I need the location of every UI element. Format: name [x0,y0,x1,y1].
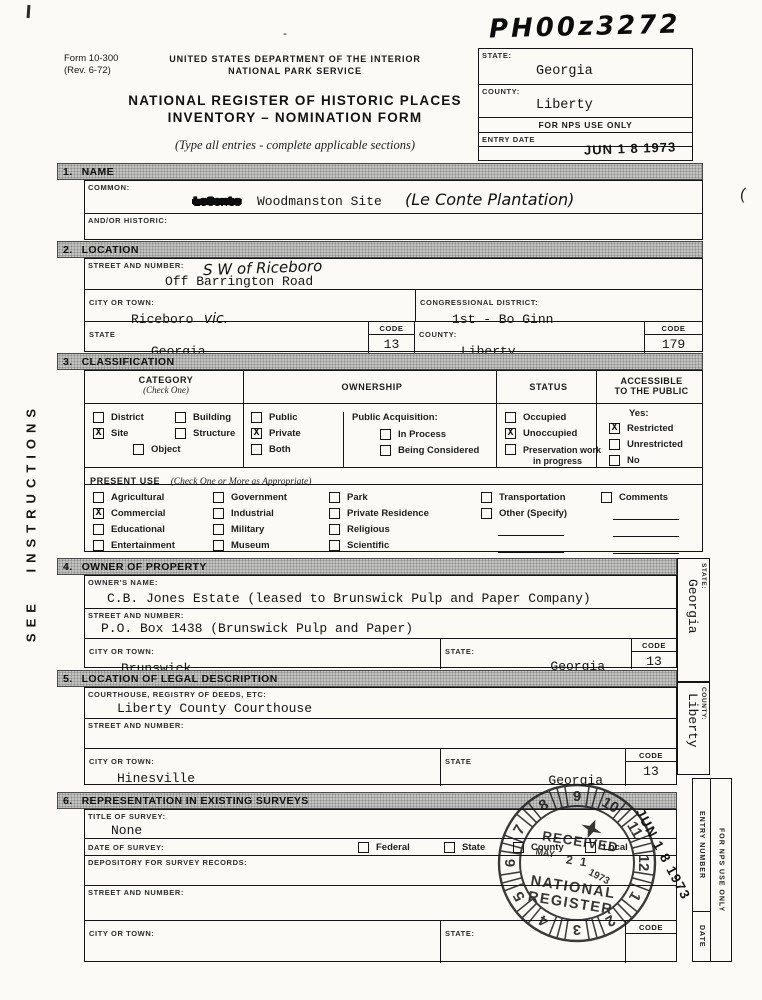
section-2-number: 2. [63,244,73,256]
checkbox-private-label: Private [269,428,301,439]
checkbox-private-residence-label: Private Residence [347,508,429,519]
checkbox-public-label: Public [269,412,298,423]
survey-title-row: TITLE OF SURVEY: None [85,810,676,839]
county-code-label: CODE [645,322,702,335]
accessible-header-cell: ACCESSIBLE TO THE PUBLIC [597,371,702,403]
checkbox-in-process [380,429,391,440]
ownership-cell: Public XPrivate Both Public Acquisition:… [244,404,497,467]
state-cell: STATE Georgia [85,322,369,353]
type-instruction: (Type all entries - complete applicable … [95,138,495,153]
state-code-label: CODE [369,322,414,335]
checkbox-structure-label: Structure [193,428,235,439]
checkbox-federal [358,842,369,853]
checkbox-educational [93,524,104,535]
nps-county-label: COUNTY: [482,87,520,96]
nomination-form-page: - ( Form 10-300 (Rev. 6-72) UNITED STATE… [0,0,762,1000]
checkbox-government-label: Government [231,492,287,503]
comments-line [613,525,679,537]
courthouse-row: COURTHOUSE, REGISTRY OF DEEDS, ETC: Libe… [85,688,676,719]
survey-state-label: STATE: [445,929,475,938]
checkbox-site: X [93,428,104,439]
checkbox-educational-label: Educational [111,524,165,535]
section-4-box: OWNER'S NAME: C.B. Jones Estate (leased … [84,575,677,668]
nps-state-row: STATE: Georgia [479,49,692,85]
owner-code-label: CODE [632,639,676,652]
section-1-header: 1. NAME [57,163,703,180]
state-code-value: 13 [369,337,414,352]
category-header: CATEGORY [89,375,243,385]
legal-code-value: 13 [626,764,676,779]
category-subheader: (Check One) [89,385,243,395]
status-header: STATUS [497,371,597,403]
checkbox-county-survey [513,842,524,853]
city-district-row: CITY OR TOWN: Riceboro vic. CONGRESSIONA… [85,290,702,322]
common-name-handwritten: (Le Conte Plantation) [405,190,574,209]
checkbox-commercial-label: Commercial [111,508,165,519]
legal-state-label: STATE [445,757,471,766]
checkbox-museum-label: Museum [231,540,270,551]
county-code-cell: CODE 179 [645,322,702,353]
checkbox-museum [213,540,224,551]
section-3-header: 3. CLASSIFICATION [57,353,703,370]
owner-city-row: CITY OR TOWN: Brunswick STATE: Georgia C… [85,639,676,669]
present-use-col1: Agricultural XCommercial Educational Ent… [93,492,175,556]
owner-street-label: STREET AND NUMBER: [88,611,184,620]
form-revision: (Rev. 6-72) [64,65,118,77]
checkbox-restricted-label: Restricted [627,423,673,434]
ownership-header: OWNERSHIP [244,371,497,403]
checkbox-no [609,455,620,466]
courthouse-value: Liberty County Courthouse [117,701,312,716]
legal-code-label: CODE [626,749,676,762]
nps-county-value: Liberty [536,98,593,113]
checkbox-occupied [505,412,516,423]
nps-use-only-row: FOR NPS USE ONLY [479,118,692,133]
checkbox-county-survey-label: County [531,842,564,853]
section-5-box: COURTHOUSE, REGISTRY OF DEEDS, ETC: Libe… [84,687,677,785]
section-5-header: 5. LOCATION OF LEGAL DESCRIPTION [57,670,677,687]
legal-city-cell: CITY OR TOWN: Hinesville [85,749,441,786]
checkbox-entertainment [93,540,104,551]
city-cell: CITY OR TOWN: Riceboro vic. [85,290,416,321]
margin-county-value: Liberty [685,687,700,772]
section-5-title: LOCATION OF LEGAL DESCRIPTION [82,673,278,685]
checkbox-both-label: Both [269,444,291,455]
checkbox-public [251,412,262,423]
accessible-cell: Yes: XRestricted Unrestricted No [597,404,702,467]
section-4-title: OWNER OF PROPERTY [82,561,207,573]
checkbox-commercial: X [93,508,104,519]
common-name-struck: LeConte [193,194,241,209]
entry-date-label: ENTRY DATE [482,135,535,144]
legal-street-label: STREET AND NUMBER: [88,721,184,730]
entry-number-label: ENTRY NUMBER [693,779,710,912]
margin-state-cell: STATE: Georgia [677,558,710,682]
checkbox-in-process-label: In Process [398,429,446,440]
checkbox-park [329,492,340,503]
checkbox-both [251,444,262,455]
form-number: Form 10-300 [64,53,118,65]
historic-name-label: AND/OR HISTORIC: [88,216,167,225]
owner-state-label: STATE: [445,647,475,656]
section-2-header: 2. LOCATION [57,241,703,258]
scan-artifact-mark: ( [739,186,747,205]
section-1-box: COMMON: LeConte Woodmanston Site (Le Con… [84,180,703,240]
checkbox-other-label: Other (Specify) [499,508,567,519]
present-use-label-row: PRESENT USE (Check One or More as Approp… [85,468,702,485]
nps-state-value: Georgia [536,64,593,79]
depository-row: DEPOSITORY FOR SURVEY RECORDS: [85,856,676,886]
form-title-line1: NATIONAL REGISTER OF HISTORIC PLACES [95,92,495,109]
checkbox-scientific-label: Scientific [347,540,389,551]
checkbox-unoccupied: X [505,428,516,439]
margin-nps-box: ENTRY NUMBER DATE FOR NPS USE ONLY [692,778,732,962]
checkbox-comments [601,492,612,503]
classification-header-row: CATEGORY (Check One) OWNERSHIP STATUS AC… [85,371,702,404]
owner-state-cell: STATE: Georgia [441,639,632,669]
owner-city-cell: CITY OR TOWN: Brunswick [85,639,441,669]
checkbox-unrestricted-label: Unrestricted [627,439,683,450]
department-heading: UNITED STATES DEPARTMENT OF THE INTERIOR… [150,53,440,77]
checkbox-being-considered-label: Being Considered [398,445,479,456]
owner-name-value: C.B. Jones Estate (leased to Brunswick P… [107,591,591,606]
legal-city-value: Hinesville [117,771,195,786]
section-3-box: CATEGORY (Check One) OWNERSHIP STATUS AC… [84,370,703,552]
checkbox-park-label: Park [347,492,368,503]
present-use-col3: Park Private Residence Religious Scienti… [329,492,429,556]
scan-artifact-tick [27,5,31,18]
courthouse-label: COURTHOUSE, REGISTRY OF DEEDS, ETC: [88,690,267,699]
legal-code-cell: CODE 13 [626,749,676,786]
owner-code-cell: CODE 13 [632,639,676,669]
owner-code-value: 13 [632,654,676,669]
category-header-cell: CATEGORY (Check One) [85,371,244,403]
common-name-value: Woodmanston Site [257,194,382,209]
checkbox-other [481,508,492,519]
owner-street-value: P.O. Box 1438 (Brunswick Pulp and Paper) [101,621,413,636]
checkbox-federal-label: Federal [376,842,410,853]
survey-street-row: STREET AND NUMBER: [85,886,676,921]
section-4-header: 4. OWNER OF PROPERTY [57,558,677,575]
section-4-number: 4. [63,561,73,573]
survey-date-row: DATE OF SURVEY: Federal State County Loc… [85,839,676,856]
present-use-grid: Agricultural XCommercial Educational Ent… [85,485,702,551]
checkbox-local-survey [585,842,596,853]
accessible-header-line2: TO THE PUBLIC [601,386,702,396]
survey-date-label: DATE OF SURVEY: [88,843,164,852]
checkbox-entertainment-label: Entertainment [111,540,175,551]
checkbox-unrestricted [609,439,620,450]
checkbox-military [213,524,224,535]
nps-county-row: COUNTY: Liberty [479,85,692,118]
survey-title-label: TITLE OF SURVEY: [88,812,166,821]
county-label: COUNTY: [419,330,457,339]
section-2-title: LOCATION [82,244,139,256]
accessible-yes-label: Yes: [629,408,702,419]
section-6-title: REPRESENTATION IN EXISTING SURVEYS [82,795,309,807]
state-county-row: STATE Georgia CODE 13 COUNTY: Liberty CO… [85,322,702,353]
state-code-cell: CODE 13 [369,322,415,353]
checkbox-preservation-label: Preservation work [523,445,601,455]
handwritten-reference-number: PH00z3272 [489,9,681,44]
county-code-value: 179 [645,337,702,352]
survey-code-label: CODE [626,921,676,934]
owner-city-label: CITY OR TOWN: [89,647,154,656]
department-line2: NATIONAL PARK SERVICE [150,65,440,77]
historic-name-row: AND/OR HISTORIC: [85,214,702,241]
common-name-row: COMMON: LeConte Woodmanston Site (Le Con… [85,181,702,214]
checkbox-site-label: Site [111,428,128,439]
status-cell: Occupied XUnoccupied Preservation work i… [497,404,597,467]
form-title-line2: INVENTORY – NOMINATION FORM [95,109,495,126]
checkbox-state-survey [444,842,455,853]
section-2-box: STREET AND NUMBER: S W of Riceboro Off B… [84,258,703,352]
street-value: Off Barrington Road [165,274,313,289]
checkbox-object [133,444,144,455]
checkbox-religious [329,524,340,535]
section-6-number: 6. [63,795,73,807]
other-specify-line [498,524,564,536]
survey-city-label: CITY OR TOWN: [89,929,154,938]
entry-number-column: ENTRY NUMBER DATE [693,779,711,961]
checkbox-military-label: Military [231,524,264,535]
checkbox-no-label: No [627,455,640,466]
checkbox-industrial [213,508,224,519]
checkbox-occupied-label: Occupied [523,412,566,423]
state-label: STATE [89,330,115,339]
classification-body-row: District XSite Building Structure Object… [85,404,702,468]
section-1-number: 1. [63,166,73,178]
preservation-label-wrap: in progress [533,456,596,466]
survey-state-cell: STATE: [441,921,626,963]
survey-title-value: None [111,823,142,838]
checkbox-local-survey-label: Local [603,842,628,853]
section-1-title: NAME [82,166,115,178]
checkbox-building [175,412,186,423]
section-6-header: 6. REPRESENTATION IN EXISTING SURVEYS [57,792,677,809]
congressional-district-label: CONGRESSIONAL DISTRICT: [420,298,538,307]
checkbox-government [213,492,224,503]
checkbox-district [93,412,104,423]
department-line1: UNITED STATES DEPARTMENT OF THE INTERIOR [150,53,440,65]
category-cell: District XSite Building Structure Object [85,404,244,467]
checkbox-district-label: District [111,412,144,423]
scan-artifact-dash: - [283,26,287,40]
checkbox-restricted: X [609,423,620,434]
other-specify-line [498,541,564,553]
checkbox-religious-label: Religious [347,524,390,535]
depository-label: DEPOSITORY FOR SURVEY RECORDS: [88,858,247,867]
checkbox-transportation-label: Transportation [499,492,566,503]
present-use-col2: Government Industrial Military Museum [213,492,287,556]
nps-state-label: STATE: [482,51,512,60]
legal-street-row: STREET AND NUMBER: [85,719,676,749]
see-instructions-margin: SEE INSTRUCTIONS [24,313,39,733]
public-acquisition-label: Public Acquisition: [352,412,496,423]
checkbox-object-label: Object [151,444,181,455]
survey-city-cell: CITY OR TOWN: [85,921,441,963]
owner-name-label: OWNER'S NAME: [88,578,158,587]
city-label: CITY OR TOWN: [89,298,154,307]
checkbox-structure [175,428,186,439]
margin-state-value: Georgia [685,563,700,679]
common-name-label: COMMON: [88,183,130,192]
county-cell: COUNTY: Liberty [415,322,645,353]
entry-date-stamp: JUN 1 8 1973 [584,139,677,157]
checkbox-private: X [251,428,262,439]
margin-county-label: COUNTY: [700,687,707,772]
checkbox-private-residence [329,508,340,519]
present-use-col5: Comments [601,492,679,554]
survey-street-label: STREET AND NUMBER: [88,888,184,897]
checkbox-state-survey-label: State [462,842,485,853]
checkbox-scientific [329,540,340,551]
section-3-title: CLASSIFICATION [82,356,175,368]
checkbox-industrial-label: Industrial [231,508,274,519]
street-label: STREET AND NUMBER: [88,261,184,270]
survey-city-row: CITY OR TOWN: STATE: CODE [85,921,676,963]
form-number-block: Form 10-300 (Rev. 6-72) [64,53,118,77]
section-5-number: 5. [63,673,73,685]
checkbox-building-label: Building [193,412,231,423]
checkbox-being-considered [380,445,391,456]
checkbox-unoccupied-label: Unoccupied [523,428,577,439]
accessible-header-line1: ACCESSIBLE [601,376,702,386]
street-row: STREET AND NUMBER: S W of Riceboro Off B… [85,259,702,290]
survey-code-cell: CODE [626,921,676,963]
comments-line [613,542,679,554]
margin-county-cell: COUNTY: Liberty [677,682,710,775]
present-use-col4: Transportation Other (Specify) [481,492,567,553]
legal-state-value: Georgia [445,773,625,788]
congressional-district-cell: CONGRESSIONAL DISTRICT: 1st - Bo Ginn [416,290,702,321]
form-title: NATIONAL REGISTER OF HISTORIC PLACES INV… [95,92,495,126]
margin-date-label: DATE [693,912,710,961]
legal-city-label: CITY OR TOWN: [89,757,154,766]
nps-use-only-vertical: FOR NPS USE ONLY [711,779,731,961]
checkbox-preservation [505,444,516,455]
owner-street-row: STREET AND NUMBER: P.O. Box 1438 (Brunsw… [85,609,676,639]
checkbox-agricultural-label: Agricultural [111,492,164,503]
checkbox-comments-label: Comments [619,492,668,503]
margin-state-label: STATE: [700,563,707,679]
legal-state-cell: STATE Georgia [441,749,626,786]
checkbox-agricultural [93,492,104,503]
owner-name-row: OWNER'S NAME: C.B. Jones Estate (leased … [85,576,676,609]
checkbox-transportation [481,492,492,503]
comments-line [613,508,679,520]
legal-city-row: CITY OR TOWN: Hinesville STATE Georgia C… [85,749,676,786]
section-6-box: TITLE OF SURVEY: None DATE OF SURVEY: Fe… [84,809,677,962]
section-3-number: 3. [63,356,73,368]
